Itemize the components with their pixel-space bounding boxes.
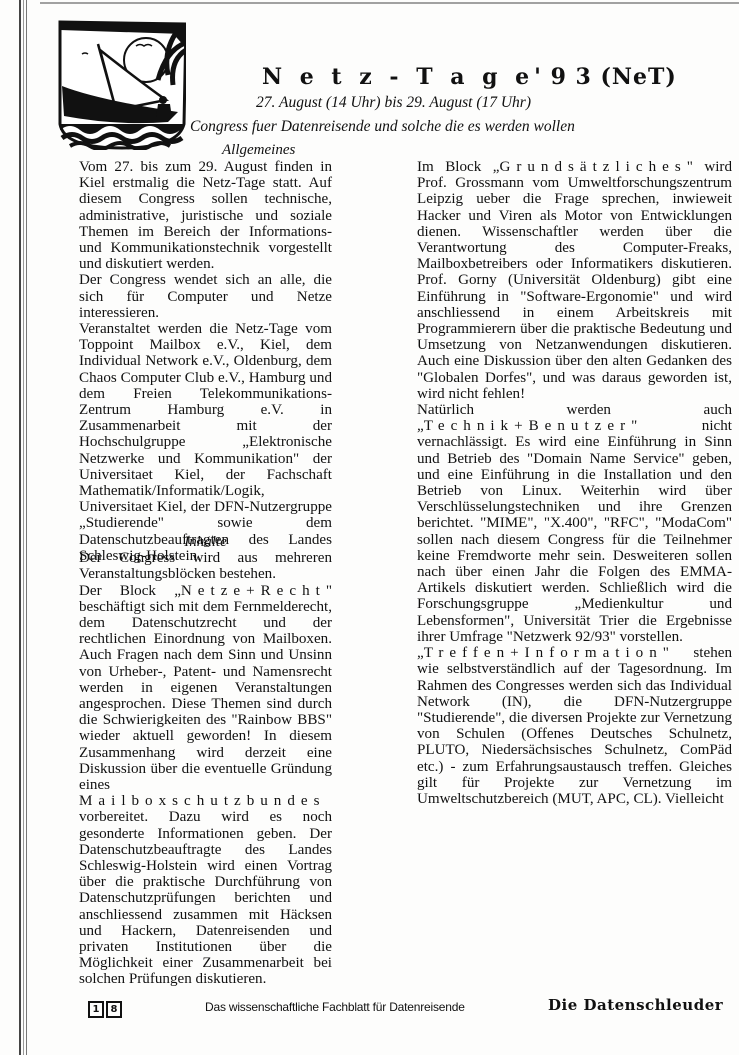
magazine-page: N e t z - T a g e' 9 3 (NeT) 27. August … [0,0,739,1055]
footer-masthead: Die Datenschleuder [548,996,723,1014]
text-fragment: Der Block „ [79,583,181,599]
text-fragment: „ [417,645,424,661]
emphasis-mailboxschutzbund: Mailboxschutzbundes [79,793,325,809]
footer-tagline: Das wissenschaftliche Fachblatt für Date… [205,1000,465,1014]
paragraph: Der Congress wendet sich an alle, die si… [79,272,332,321]
text-fragment: vorbereitet. Dazu wird es noch gesondert… [79,809,332,987]
text-fragment: Im Block „ [417,159,499,175]
sailboat-logo-icon [58,20,186,150]
text-fragment: " wird Prof. Grossmann vom Umweltforschu… [417,159,732,402]
page-title: N e t z - T a g e' 9 3 (NeT) [262,64,642,90]
event-subtitle: Congress fuer Datenreisende und solche d… [190,118,575,136]
text-fragment: " nicht vernachlässigt. Es wird eine Ein… [417,418,732,645]
block-name-netze-recht: Netze+Recht [181,583,326,599]
title-main: N e t z - T a g e [262,64,534,90]
left-column-intro: Vom 27. bis zum 29. August finden in Kie… [79,159,332,564]
title-tail: ' 9 3 (NeT) [534,64,677,90]
paragraph-grundsaetzliches: Im Block „Grundsätzliches" wird Prof. Gr… [417,159,732,402]
page-number-digit: 8 [106,1001,122,1018]
paragraph: Vom 27. bis zum 29. August finden in Kie… [79,159,332,272]
section-heading-inhalte: Inhalte [79,534,332,550]
paragraph-netze-recht: Der Block „Netze+Recht" beschäftigt sich… [79,583,332,988]
block-name-technik-benutzer: Technik+Benutzer [424,418,631,434]
event-dates: 27. August (14 Uhr) bis 29. August (17 U… [256,94,531,112]
left-binding-border [19,0,27,1055]
page-number-digit: 1 [88,1001,104,1018]
text-fragment: " stehen wie selbstverständlich auf der … [417,645,732,807]
paragraph: Veranstaltet werden die Netz-Tage vom To… [79,321,332,564]
top-rule [40,2,739,4]
text-fragment: " beschäftigt sich mit dem Fernmelderech… [79,583,332,793]
paragraph: Der Congress wird aus mehreren Veranstal… [79,550,332,582]
page-number: 1 8 [88,1001,122,1018]
paragraph-treffen-information: „Treffen+Information" stehen wie selbstv… [417,645,732,807]
left-column-inhalte: Inhalte Der Congress wird aus mehreren V… [79,534,332,988]
right-column: Im Block „Grundsätzliches" wird Prof. Gr… [417,159,732,807]
block-name-grundsaetzliches: Grundsätzliches [499,159,686,175]
section-heading-allgemeines: Allgemeines [222,142,295,159]
block-name-treffen-information: Treffen+Information [424,645,663,661]
paragraph-technik-benutzer: Natürlich werden auch „Technik+Benutzer"… [417,402,732,645]
